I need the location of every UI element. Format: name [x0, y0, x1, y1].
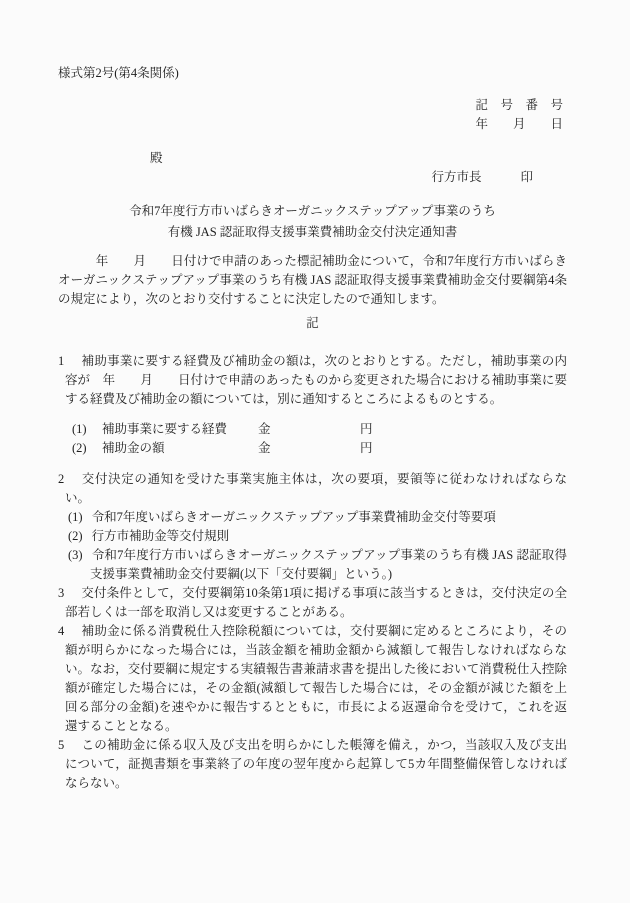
- list-item-1-text: 補助事業に要する経費及び補助金の額は，次のとおりとする。ただし，補助事業の内容が…: [65, 354, 567, 406]
- list-item-5: 5この補助金に係る収入及び支出を明らかにした帳簿を備え，かつ，当該収入及び支出に…: [65, 736, 567, 793]
- reference-block: 記 号 番 号 年 月 日: [58, 96, 567, 134]
- list-item-5-number: 5: [58, 738, 64, 752]
- list-item-3: 3交付条件として，交付要綱第10条第1項に掲げる事項に該当するときは，交付決定の…: [65, 584, 567, 622]
- list-item-4-text: 補助金に係る消費税仕入控除税額については，交付要綱に定めるところにより，その額が…: [65, 624, 567, 733]
- list-item-3-text: 交付条件として，交付要綱第10条第1項に掲げる事項に該当するときは，交付決定の全…: [65, 586, 567, 619]
- document-title-line1: 令和7年度行方市いばらきオーガニックステップアップ事業のうち: [58, 201, 567, 222]
- amount-row-1-number: (1): [72, 420, 102, 439]
- form-number: 様式第2号(第4条関係): [58, 64, 567, 83]
- document-title: 令和7年度行方市いばらきオーガニックステップアップ事業のうち 有機 JAS 認証…: [58, 201, 567, 243]
- list-item-5-text: この補助金に係る収入及び支出を明らかにした帳簿を備え，かつ，当該収入及び支出につ…: [65, 738, 567, 790]
- opening-paragraph: 年 月 日付けで申請のあった標記補助金について，令和7年度行方市いばらきオーガニ…: [58, 252, 567, 309]
- sub-rule-3: (3)令和7年度行方市いばらきオーガニックステップアップ事業のうち有機 JAS …: [90, 546, 567, 584]
- amount-row-1-currency: 金: [258, 420, 360, 439]
- amount-row-1-unit: 円: [360, 420, 373, 439]
- sub-rule-1: (1)令和7年度いばらきオーガニックステップアップ事業費補助金交付等要項: [90, 508, 567, 527]
- amount-row-expenses: (1) 補助事業に要する経費 金 円: [72, 420, 567, 439]
- list-item-2-number: 2: [58, 472, 64, 486]
- sub-rule-1-number: (1): [68, 510, 83, 524]
- sub-rule-list: (1)令和7年度いばらきオーガニックステップアップ事業費補助金交付等要項 (2)…: [58, 508, 567, 584]
- reference-number-line: 記 号 番 号: [58, 96, 563, 115]
- amount-row-subsidy: (2) 補助金の額 金 円: [72, 439, 567, 458]
- sender-title: 行方市長: [431, 170, 481, 184]
- amount-row-1-label: 補助事業に要する経費: [102, 420, 258, 439]
- list-item-2: 2交付決定の通知を受けた事業実施主体は，次の要項，要領等に従わなければならない。: [65, 470, 567, 508]
- sub-rule-2-text: 行方市補助金等交付規則: [92, 529, 230, 543]
- list-item-4: 4補助金に係る消費税仕入控除税額については，交付要綱に定めるところにより，その額…: [65, 622, 567, 736]
- amount-row-2-unit: 円: [360, 439, 373, 458]
- sub-rule-2: (2)行方市補助金等交付規則: [90, 527, 567, 546]
- document-page: 様式第2号(第4条関係) 記 号 番 号 年 月 日 殿 行方市長印 令和7年度…: [0, 0, 630, 903]
- addressee-suffix: 殿: [150, 151, 163, 165]
- ki-heading: 記: [58, 314, 567, 333]
- sub-rule-1-text: 令和7年度いばらきオーガニックステップアップ事業費補助金交付等要項: [92, 510, 496, 524]
- sender-line: 行方市長印: [58, 168, 567, 187]
- amount-rows: (1) 補助事業に要する経費 金 円 (2) 補助金の額 金 円: [58, 420, 567, 458]
- list-item-1: 1補助事業に要する経費及び補助金の額は，次のとおりとする。ただし，補助事業の内容…: [65, 352, 567, 409]
- seal-placeholder: 印: [520, 170, 533, 184]
- sub-rule-3-number: (3): [68, 548, 83, 562]
- document-title-line2: 有機 JAS 認証取得支援事業費補助金交付決定通知書: [58, 222, 567, 243]
- list-item-3-number: 3: [58, 586, 64, 600]
- amount-row-2-label: 補助金の額: [102, 439, 258, 458]
- sub-rule-2-number: (2): [68, 529, 83, 543]
- amount-row-2-number: (2): [72, 439, 102, 458]
- list-item-2-text: 交付決定の通知を受けた事業実施主体は，次の要項，要領等に従わなければならない。: [65, 472, 567, 505]
- list-item-4-number: 4: [58, 624, 64, 638]
- amount-row-2-currency: 金: [258, 439, 360, 458]
- addressee-line: 殿: [58, 149, 567, 168]
- date-line: 年 月 日: [58, 115, 563, 134]
- list-item-1-number: 1: [58, 354, 64, 368]
- sub-rule-3-text: 令和7年度行方市いばらきオーガニックステップアップ事業のうち有機 JAS 認証取…: [90, 548, 567, 581]
